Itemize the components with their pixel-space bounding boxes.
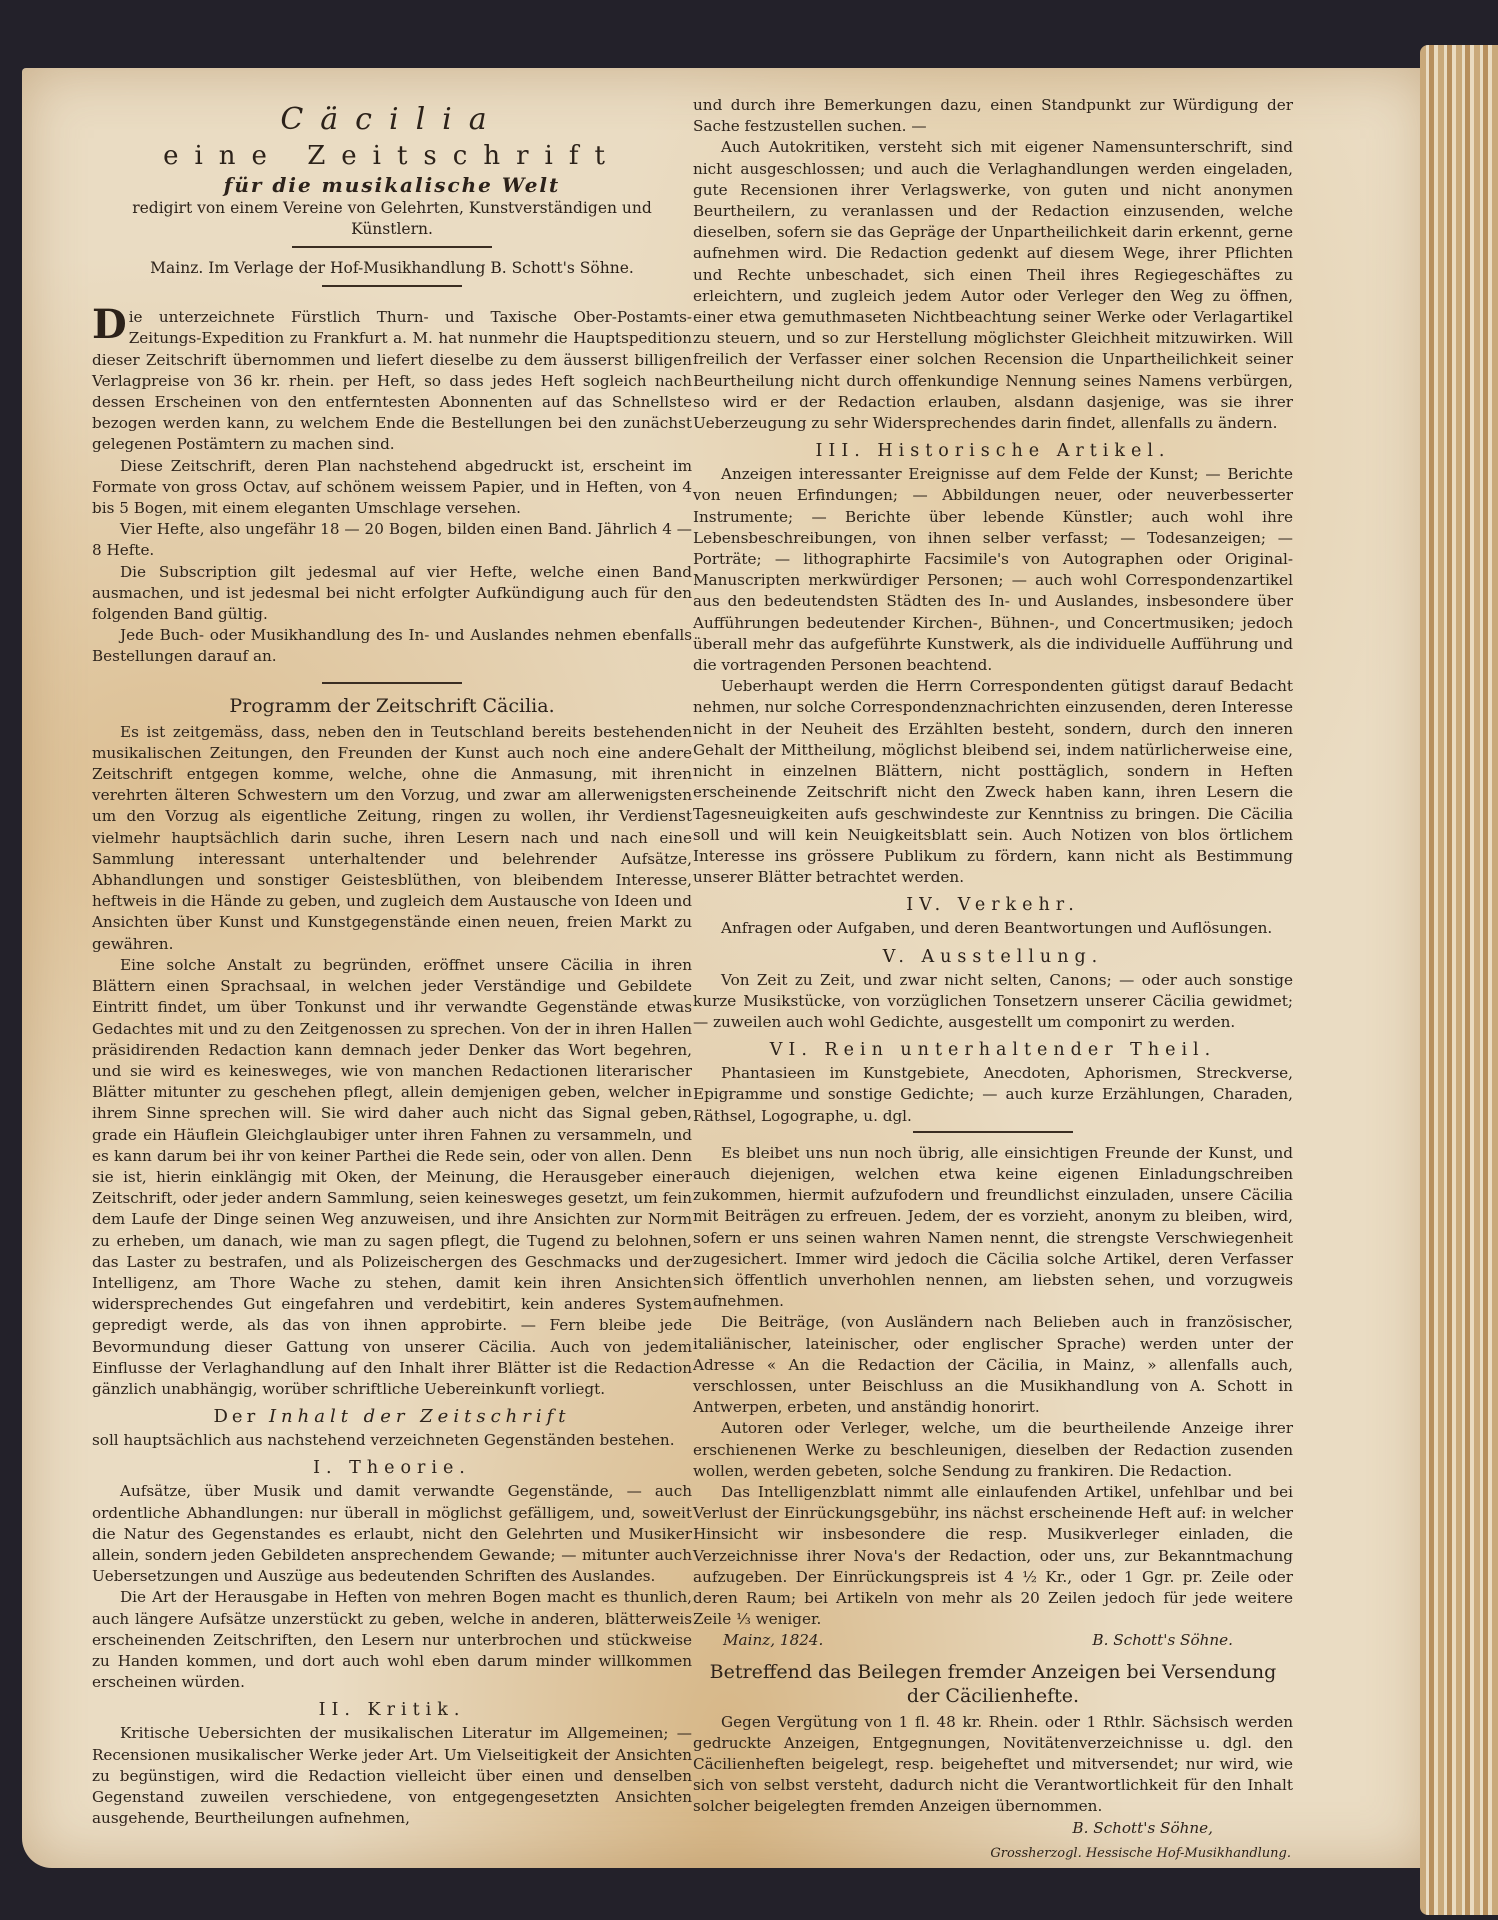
notice-paragraph: Die unterzeichnete Fürstlich Thurn- und … [92, 307, 692, 455]
section-paragraph: Aufsätze, über Musik und damit verwandte… [92, 1481, 692, 1587]
beilagen-heading: Betreffend das Beilegen fremder Anzeigen… [693, 1660, 1293, 1708]
section-heading-ausstellung: V. Ausstellung. [693, 946, 1293, 968]
notice-paragraph: Jede Buch- oder Musikhandlung des In- un… [92, 625, 692, 667]
programm-paragraph: Es ist zeitgemäss, dass, neben den in Te… [92, 722, 692, 955]
closing-paragraph: Das Intelligenzblatt nimmt alle einlaufe… [693, 1482, 1293, 1630]
book-spine [1420, 45, 1498, 1915]
closing-paragraph: Autoren oder Verleger, welche, um die be… [693, 1418, 1293, 1482]
divider [292, 246, 492, 248]
masthead-tagline: für die musikalische Welt [92, 172, 692, 198]
masthead-editors: redigirt von einem Vereine von Gelehrten… [92, 198, 692, 240]
drop-cap: D [92, 307, 127, 343]
closing-paragraph: Es bleibet uns nun noch übrig, alle eins… [693, 1143, 1293, 1313]
section-paragraph: Die Art der Herausgabe in Heften von meh… [92, 1587, 692, 1693]
section-paragraph: Anfragen oder Aufgaben, und deren Beantw… [693, 918, 1293, 939]
signature-name: B. Schott's Söhne. [1092, 1630, 1233, 1651]
section-heading-unterhaltender-theil: VI. Rein unterhaltender Theil. [693, 1039, 1293, 1061]
notice-paragraph: Vier Hefte, also ungefähr 18 — 20 Bogen,… [92, 519, 692, 561]
kritik-continuation: und durch ihre Bemerkungen dazu, einen S… [693, 95, 1293, 137]
section-paragraph: Von Zeit zu Zeit, und zwar nicht selten,… [693, 970, 1293, 1034]
closing-paragraph: Die Beiträge, (von Ausländern nach Belie… [693, 1312, 1293, 1418]
divider [322, 682, 462, 684]
programm-paragraph: Eine solche Anstalt zu begründen, eröffn… [92, 955, 692, 1400]
beilagen-signature: B. Schott's Söhne, [693, 1818, 1293, 1839]
inhalt-intro: soll hauptsächlich aus nachstehend verze… [92, 1430, 692, 1451]
programm-heading: Programm der Zeitschrift Cäcilia. [92, 694, 692, 718]
masthead-title: Cäcilia [92, 100, 692, 140]
left-column: Cäcilia eine Zeitschrift für die musikal… [92, 100, 692, 1829]
signature-place: Mainz, 1824. [723, 1630, 823, 1651]
beilagen-paragraph: Gegen Vergütung von 1 fl. 48 kr. Rhein. … [693, 1712, 1293, 1818]
notice-paragraph: Die Subscription gilt jedesmal auf vier … [92, 562, 692, 626]
signature-line: Mainz, 1824. B. Schott's Söhne. [693, 1630, 1293, 1651]
kritik-continuation: Auch Autokritiken, versteht sich mit eig… [693, 137, 1293, 434]
section-paragraph: Phantasieen im Kunstgebiete, Anecdoten, … [693, 1063, 1293, 1127]
section-heading-theorie: I. Theorie. [92, 1457, 692, 1479]
section-paragraph: Ueberhaupt werden die Herrn Corresponden… [693, 676, 1293, 888]
notice-paragraph: Diese Zeitschrift, deren Plan nachstehen… [92, 456, 692, 520]
inhalt-heading: Der Inhalt der Zeitschrift [92, 1406, 692, 1428]
section-paragraph: Kritische Uebersichten der musikalischen… [92, 1723, 692, 1829]
beilagen-signature-title: Grossherzogl. Hessische Hof-Musikhandlun… [693, 1843, 1293, 1864]
section-heading-historische-artikel: III. Historische Artikel. [693, 440, 1293, 462]
section-paragraph: Anzeigen interessanter Ereignisse auf de… [693, 464, 1293, 676]
section-heading-verkehr: IV. Verkehr. [693, 894, 1293, 916]
masthead-publisher: Mainz. Im Verlage der Hof-Musikhandlung … [92, 258, 692, 279]
section-heading-kritik: II. Kritik. [92, 1699, 692, 1721]
right-column: und durch ihre Bemerkungen dazu, einen S… [693, 95, 1293, 1864]
divider [322, 285, 462, 287]
masthead-subtitle: eine Zeitschrift [92, 140, 692, 172]
divider [913, 1131, 1073, 1133]
